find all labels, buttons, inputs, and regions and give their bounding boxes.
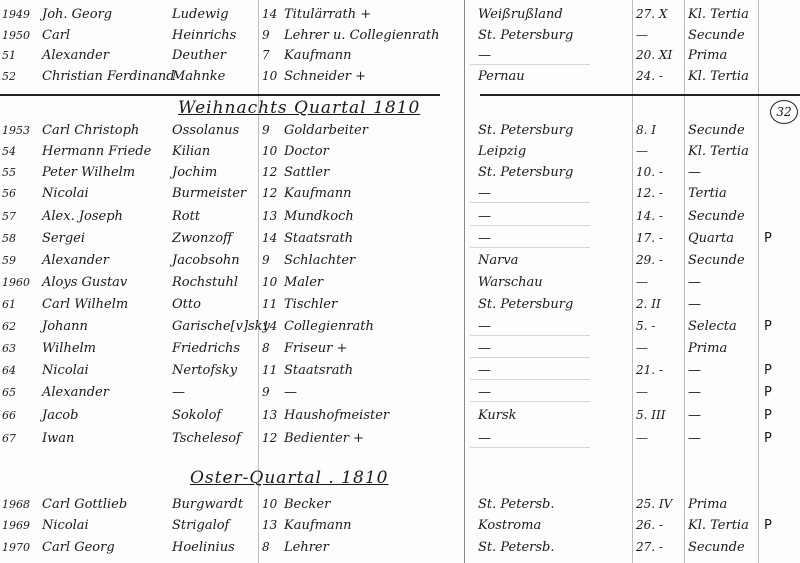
ledger-row: 1949 Joh. Georg Ludewig 14 Titulärrath +… [0,4,800,25]
origin: St. Petersburg [478,294,573,315]
admission-date: — [636,382,648,403]
surname: Nertofsky [172,360,237,381]
age: 12 [262,162,282,183]
admission-date: 14. - [636,206,663,227]
origin: St. Petersb. [478,537,555,558]
ledger-row: 62 Johann Garische[v]sky 14 Collegienrat… [0,316,800,337]
surname: Garische[v]sky [172,316,270,337]
origin: Kostroma [478,515,541,536]
age: 11 [262,360,282,381]
origin: St. Petersburg [478,25,573,46]
admission-date: 29. - [636,250,663,271]
ledger-line [470,401,590,402]
school-class: Kl. Tertia [688,515,749,536]
admission-date: 5. III [636,405,665,426]
entry-number: 1960 [2,272,42,293]
section-title-weihnachts: Weihnachts Quartal 1810 [178,98,420,118]
entry-number: 1953 [2,120,42,141]
school-class: — [688,360,701,381]
age: 10 [262,494,282,515]
given-names: Joh. Georg [42,4,112,25]
given-names: Iwan [42,428,74,449]
ledger-line [470,447,590,448]
ledger-row: 58 Sergei Zwonzoff 14 Staatsrath — 17. -… [0,228,800,249]
admission-date: 10. - [636,162,663,183]
entry-number: 52 [2,66,42,87]
given-names: Alex. Joseph [42,206,123,227]
ledger-row: 57 Alex. Joseph Rott 13 Mundkoch — 14. -… [0,206,800,227]
margin-mark: P [764,428,772,449]
entry-number: 1969 [2,515,42,536]
age: 12 [262,183,282,204]
section-title-oster: Oster-Quartal . 1810 [190,468,388,488]
surname: Burgwardt [172,494,243,515]
ledger-row: 1950 Carl Heinrichs 9 Lehrer u. Collegie… [0,25,800,46]
school-class: Kl. Tertia [688,66,749,87]
section-rule [480,94,800,96]
age: 10 [262,66,282,87]
surname: Friedrichs [172,338,240,359]
admission-date: 25. IV [636,494,672,515]
father-occupation: Schneider + [284,66,366,87]
age: 13 [262,515,282,536]
entry-number: 1950 [2,25,42,46]
school-class: — [688,294,701,315]
origin: — [478,206,491,227]
given-names: Wilhelm [42,338,96,359]
school-class: — [688,405,701,426]
school-class: Quarta [688,228,734,249]
admission-date: 24. - [636,66,663,87]
entry-number: 59 [2,250,42,271]
ledger-line [470,64,590,65]
school-class: — [688,428,701,449]
age: 14 [262,316,282,337]
ledger-row: 1970 Carl Georg Hoelinius 8 Lehrer St. P… [0,537,800,558]
ledger-page: Weihnachts Quartal 1810 Oster-Quartal . … [0,0,800,563]
origin: St. Petersburg [478,162,573,183]
given-names: Nicolai [42,183,89,204]
surname: Jochim [172,162,217,183]
admission-date: 20. XI [636,45,672,66]
given-names: Carl Wilhelm [42,294,128,315]
ledger-row: 65 Alexander — 9 — — — — P [0,382,800,403]
school-class: Tertia [688,183,727,204]
age: 13 [262,405,282,426]
origin: Leipzig [478,141,526,162]
origin: Narva [478,250,518,271]
school-class: — [688,272,701,293]
school-class: Kl. Tertia [688,4,749,25]
origin: Warschau [478,272,543,293]
age: 9 [262,382,282,403]
origin: Weißrußland [478,4,563,25]
ledger-line [470,357,590,358]
age: 14 [262,228,282,249]
surname: Kilian [172,141,210,162]
origin: Kursk [478,405,517,426]
surname: Deuther [172,45,226,66]
admission-date: — [636,272,648,293]
origin: — [478,382,491,403]
entry-number: 57 [2,206,42,227]
entry-number: 62 [2,316,42,337]
surname: Otto [172,294,201,315]
age: 10 [262,272,282,293]
surname: Zwonzoff [172,228,232,249]
ledger-row: 51 Alexander Deuther 7 Kaufmann — 20. XI… [0,45,800,66]
age: 9 [262,250,282,271]
ledger-row: 1969 Nicolai Strigalof 13 Kaufmann Kostr… [0,515,800,536]
given-names: Hermann Friede [42,141,151,162]
origin: — [478,428,491,449]
given-names: Nicolai [42,515,89,536]
entry-number: 63 [2,338,42,359]
given-names: Peter Wilhelm [42,162,135,183]
father-occupation: Haushofmeister [284,405,389,426]
origin: Pernau [478,66,525,87]
given-names: Alexander [42,45,109,66]
ledger-row: 67 Iwan Tschelesof 12 Bedienter + — — — … [0,428,800,449]
ledger-row: 1953 Carl Christoph Ossolanus 9 Goldarbe… [0,120,800,141]
age: 8 [262,537,282,558]
admission-date: — [636,141,648,162]
entry-number: 54 [2,141,42,162]
admission-date: 27. - [636,537,663,558]
father-occupation: Schlachter [284,250,355,271]
father-occupation: Doctor [284,141,329,162]
ledger-row: 54 Hermann Friede Kilian 10 Doctor Leipz… [0,141,800,162]
school-class: Kl. Tertia [688,141,749,162]
age: 14 [262,4,282,25]
origin: — [478,338,491,359]
ledger-row: 66 Jacob Sokolof 13 Haushofmeister Kursk… [0,405,800,426]
age: 9 [262,120,282,141]
admission-date: 17. - [636,228,663,249]
margin-mark: P [764,405,772,426]
entry-number: 66 [2,405,42,426]
school-class: Secunde [688,206,745,227]
admission-date: — [636,428,648,449]
ledger-line [470,225,590,226]
entry-number: 1968 [2,494,42,515]
surname: Rochstuhl [172,272,238,293]
entry-number: 55 [2,162,42,183]
surname: Tschelesof [172,428,241,449]
ledger-row: 55 Peter Wilhelm Jochim 12 Sattler St. P… [0,162,800,183]
admission-date: 5. - [636,316,655,337]
admission-date: 27. X [636,4,667,25]
surname: Burmeister [172,183,246,204]
father-occupation: Lehrer u. Collegienrath [284,25,439,46]
entry-number: 65 [2,382,42,403]
given-names: Alexander [42,250,109,271]
school-class: Prima [688,338,727,359]
given-names: Johann [42,316,88,337]
admission-date: 26. - [636,515,663,536]
age: 12 [262,428,282,449]
entry-number: 64 [2,360,42,381]
father-occupation: Staatsrath [284,228,353,249]
margin-mark: P [764,515,772,536]
admission-date: 2. II [636,294,661,315]
father-occupation: Lehrer [284,537,329,558]
ledger-row: 59 Alexander Jacobsohn 9 Schlachter Narv… [0,250,800,271]
given-names: Carl Georg [42,537,115,558]
age: 11 [262,294,282,315]
surname: — [172,382,185,403]
entry-number: 1970 [2,537,42,558]
school-class: Secunde [688,25,745,46]
origin: — [478,183,491,204]
given-names: Sergei [42,228,85,249]
ledger-row: 61 Carl Wilhelm Otto 11 Tischler St. Pet… [0,294,800,315]
surname: Ludewig [172,4,229,25]
admission-date: 12. - [636,183,663,204]
admission-date: — [636,338,648,359]
entry-number: 58 [2,228,42,249]
father-occupation: Collegienrath [284,316,374,337]
ledger-row: 1968 Carl Gottlieb Burgwardt 10 Becker S… [0,494,800,515]
school-class: Prima [688,45,727,66]
father-occupation: Staatsrath [284,360,353,381]
surname: Strigalof [172,515,229,536]
entry-number: 67 [2,428,42,449]
ledger-line [470,247,590,248]
surname: Rott [172,206,200,227]
school-class: Selecta [688,316,737,337]
admission-date: — [636,25,648,46]
origin: — [478,360,491,381]
father-occupation: Maler [284,272,323,293]
origin: St. Petersb. [478,494,555,515]
age: 9 [262,25,282,46]
margin-mark: P [764,382,772,403]
origin: — [478,316,491,337]
given-names: Jacob [42,405,78,426]
given-names: Carl Gottlieb [42,494,127,515]
father-occupation: Sattler [284,162,329,183]
given-names: Carl Christoph [42,120,139,141]
father-occupation: Tischler [284,294,337,315]
father-occupation: — [284,382,297,403]
margin-mark: P [764,316,772,337]
ledger-line [470,379,590,380]
school-class: Secunde [688,250,745,271]
father-occupation: Friseur + [284,338,347,359]
admission-date: 21. - [636,360,663,381]
father-occupation: Kaufmann [284,45,351,66]
ledger-row: 56 Nicolai Burmeister 12 Kaufmann — 12. … [0,183,800,204]
admission-date: 8. I [636,120,656,141]
father-occupation: Kaufmann [284,515,351,536]
school-class: — [688,162,701,183]
age: 10 [262,141,282,162]
ledger-line [470,202,590,203]
given-names: Carl [42,25,70,46]
father-occupation: Becker [284,494,330,515]
ledger-row: 63 Wilhelm Friedrichs 8 Friseur + — — Pr… [0,338,800,359]
age: 7 [262,45,282,66]
surname: Hoelinius [172,537,235,558]
father-occupation: Titulärrath + [284,4,371,25]
ledger-line [470,335,590,336]
surname: Sokolof [172,405,221,426]
surname: Heinrichs [172,25,236,46]
given-names: Nicolai [42,360,89,381]
father-occupation: Mundkoch [284,206,354,227]
section-rule [0,94,440,96]
origin: — [478,228,491,249]
ledger-row: 64 Nicolai Nertofsky 11 Staatsrath — 21.… [0,360,800,381]
father-occupation: Bedienter + [284,428,364,449]
margin-mark: P [764,360,772,381]
ledger-row: 52 Christian Ferdinand Mahnke 10 Schneid… [0,66,800,87]
school-class: — [688,382,701,403]
father-occupation: Kaufmann [284,183,351,204]
school-class: Secunde [688,120,745,141]
father-occupation: Goldarbeiter [284,120,368,141]
margin-mark: P [764,228,772,249]
entry-number: 51 [2,45,42,66]
ledger-row: 1960 Aloys Gustav Rochstuhl 10 Maler War… [0,272,800,293]
entry-number: 61 [2,294,42,315]
school-class: Secunde [688,537,745,558]
surname: Ossolanus [172,120,239,141]
school-class: Prima [688,494,727,515]
age: 8 [262,338,282,359]
age: 13 [262,206,282,227]
entry-number: 56 [2,183,42,204]
entry-number: 1949 [2,4,42,25]
surname: Mahnke [172,66,225,87]
given-names: Alexander [42,382,109,403]
origin: — [478,45,491,66]
origin: St. Petersburg [478,120,573,141]
given-names: Aloys Gustav [42,272,127,293]
given-names: Christian Ferdinand [42,66,175,87]
surname: Jacobsohn [172,250,240,271]
